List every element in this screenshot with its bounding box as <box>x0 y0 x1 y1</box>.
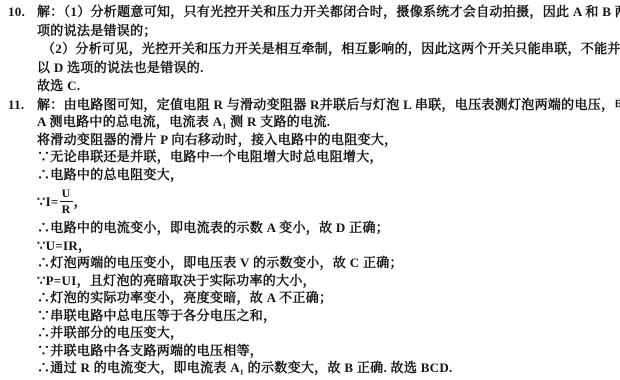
solution-line: ∵串联电路中总电压等于各分电压之和， <box>37 307 616 325</box>
formula-line: ∵I=UR， <box>37 183 616 219</box>
solutions-document: 10. 解：（1）分析题意可知，只有光控开关和压力开关都闭合时，摄像系统才会自动… <box>0 0 620 380</box>
solution-line: 将滑动变阻器的滑片 P 向右移动时，接入电路中的电阻变大， <box>37 131 616 149</box>
solution-line: ∵无论串联还是并联，电路中一个电阻增大时总电阻增大， <box>37 148 616 166</box>
solution-content: 解：（1）分析题意可知，只有光控开关和压力开关都闭合时，摄像系统才会自动拍摄，因… <box>37 3 620 96</box>
fraction-denominator: R <box>62 202 71 216</box>
solution-line: ∵P=UI，且灯泡的亮暗取决于实际功率的大小， <box>37 272 616 290</box>
solution-line: ∴电路中的电流变小，即电流表的示数 A 变小，故 D 正确； <box>37 219 616 237</box>
solution-item-11: 11. 解：由电路图可知，定值电阻 R 与滑动变阻器 R并联后与灯泡 L 串联，… <box>0 96 620 377</box>
formula-suffix: ， <box>74 193 87 211</box>
solution-line: ∴灯泡两端的电压变小，即电压表 V 的示数变小，故 C 正确； <box>37 254 616 272</box>
solution-item-10: 10. 解：（1）分析题意可知，只有光控开关和压力开关都闭合时，摄像系统才会自动… <box>0 3 620 96</box>
solution-line: ∴通过 R 的电流变大，即电流表 A₁ 的示数变大，故 B 正确. 故选 BCD… <box>37 359 616 377</box>
fraction-numerator: U <box>60 187 73 202</box>
solution-line: （2）分析可见，光控开关和压力开关是相互牵制，相互影响的，因此这两个开关只能串联… <box>37 40 616 59</box>
solution-line: ∴并联部分的电压变大， <box>37 324 616 342</box>
solution-line: 解：（1）分析题意可知，只有光控开关和压力开关都闭合时，摄像系统才会自动拍摄，因… <box>37 3 616 22</box>
solution-line: 解：由电路图可知，定值电阻 R 与滑动变阻器 R并联后与灯泡 L 串联，电压表测… <box>37 96 616 114</box>
solution-number: 10. <box>0 3 37 22</box>
solution-line: ∵并联电路中各支路两端的电压相等， <box>37 342 616 360</box>
solution-line: 故选 C. <box>37 77 616 96</box>
solution-content: 解：由电路图可知，定值电阻 R 与滑动变阻器 R并联后与灯泡 L 串联，电压表测… <box>37 96 620 377</box>
solution-line: ∵U=IR， <box>37 237 616 255</box>
formula-prefix: ∵I= <box>37 193 59 211</box>
fraction: UR <box>60 187 73 216</box>
solution-number: 11. <box>0 96 37 114</box>
solution-line: ∴灯泡的实际功率变小，亮度变暗，故 A 不正确； <box>37 289 616 307</box>
solution-line: 以 D 选项的说法也是错误的. <box>37 59 616 78</box>
solution-line: 项的说法是错误的； <box>37 22 616 41</box>
solution-line: A 测电路中的总电流，电流表 A₁ 测 R 支路的电流. <box>37 113 616 131</box>
solution-line: ∴电路中的总电阻变大， <box>37 166 616 184</box>
